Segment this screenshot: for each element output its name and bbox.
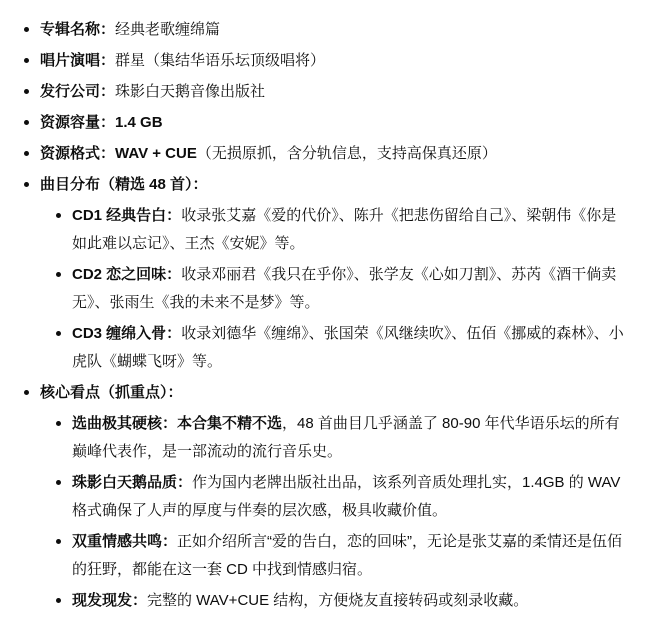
item-label: 曲目分布（精选 48 首）： — [40, 176, 208, 193]
bullet-icon — [24, 27, 29, 32]
list-item-size: 资源容量：1.4 GB — [40, 109, 631, 137]
bullet-icon — [24, 151, 29, 156]
item-label: 资源格式： — [40, 145, 115, 162]
item-label: 专辑名称： — [40, 21, 115, 38]
bullet-icon — [56, 480, 61, 485]
list-item-resonance: 双重情感共鸣：正如介绍所言“爱的告白，恋的回味”，无论是张艾嘉的柔情还是伍佰的狂… — [72, 528, 631, 584]
bullet-icon — [56, 598, 61, 603]
album-description-document: 专辑名称：经典老歌缠绵篇 唱片演唱：群星（集结华语乐坛顶级唱将） 发行公司：珠影… — [0, 0, 665, 615]
item-text: 完整的 WAV+CUE 结构，方便烧友直接转码或刻录收藏。 — [147, 592, 528, 609]
bullet-icon — [56, 421, 61, 426]
item-label: CD3 缠绵入骨： — [72, 325, 181, 342]
bullet-icon — [56, 539, 61, 544]
list-item-availability: 现发现发：完整的 WAV+CUE 结构，方便烧友直接转码或刻录收藏。 — [72, 587, 631, 615]
item-value: WAV + CUE — [115, 145, 197, 162]
list-item-highlights: 核心看点（抓重点）： 选曲极其硬核：本合集不精不选，48 首曲目几乎涵盖了 80… — [40, 379, 631, 615]
list-item-cd1: CD1 经典告白：收录张艾嘉《爱的代价》、陈升《把悲伤留给自己》、梁朝伟《你是如… — [72, 202, 631, 258]
list-item-selection: 选曲极其硬核：本合集不精不选，48 首曲目几乎涵盖了 80-90 年代华语乐坛的… — [72, 410, 631, 466]
bullet-icon — [56, 213, 61, 218]
list-item-cd3: CD3 缠绵入骨：收录刘德华《缠绵》、张国荣《风继续吹》、伍佰《挪威的森林》、小… — [72, 320, 631, 376]
list-item-quality: 珠影白天鹅品质：作为国内老牌出版社出品，该系列音质处理扎实，1.4GB 的 WA… — [72, 469, 631, 525]
item-label: 核心看点（抓重点）： — [40, 384, 183, 401]
bullet-icon — [24, 390, 29, 395]
item-text: 经典老歌缠绵篇 — [115, 21, 220, 38]
list-item-cd2: CD2 恋之回味：收录邓丽君《我只在乎你》、张学友《心如刀割》、苏芮《酒干倘卖无… — [72, 261, 631, 317]
bullet-icon — [24, 89, 29, 94]
item-label: 资源容量： — [40, 114, 115, 131]
list-item-performer: 唱片演唱：群星（集结华语乐坛顶级唱将） — [40, 47, 631, 75]
item-value: 1.4 GB — [115, 114, 163, 131]
bullet-icon — [24, 182, 29, 187]
item-label: 珠影白天鹅品质： — [72, 474, 192, 491]
list-item-album-name: 专辑名称：经典老歌缠绵篇 — [40, 16, 631, 44]
list-item-publisher: 发行公司：珠影白天鹅音像出版社 — [40, 78, 631, 106]
item-text: 群星（集结华语乐坛顶级唱将） — [115, 52, 325, 69]
item-label: 发行公司： — [40, 83, 115, 100]
bullet-icon — [56, 272, 61, 277]
item-label: 选曲极其硬核： — [72, 415, 177, 432]
tracklist-sublist: CD1 经典告白：收录张艾嘉《爱的代价》、陈升《把悲伤留给自己》、梁朝伟《你是如… — [40, 202, 631, 376]
item-label: 唱片演唱： — [40, 52, 115, 69]
bullet-icon — [56, 331, 61, 336]
item-emphasis: 本合集不精不选 — [177, 415, 282, 432]
item-label: 双重情感共鸣： — [72, 533, 177, 550]
list-item-format: 资源格式：WAV + CUE（无损原抓，含分轨信息，支持高保真还原） — [40, 140, 631, 168]
highlights-sublist: 选曲极其硬核：本合集不精不选，48 首曲目几乎涵盖了 80-90 年代华语乐坛的… — [40, 410, 631, 615]
list-item-tracklist: 曲目分布（精选 48 首）： CD1 经典告白：收录张艾嘉《爱的代价》、陈升《把… — [40, 171, 631, 376]
top-level-list: 专辑名称：经典老歌缠绵篇 唱片演唱：群星（集结华语乐坛顶级唱将） 发行公司：珠影… — [0, 16, 631, 615]
bullet-icon — [24, 58, 29, 63]
item-label: 现发现发： — [72, 592, 147, 609]
item-label: CD2 恋之回味： — [72, 266, 181, 283]
item-text: 珠影白天鹅音像出版社 — [115, 83, 265, 100]
item-label: CD1 经典告白： — [72, 207, 181, 224]
item-text: （无损原抓，含分轨信息，支持高保真还原） — [197, 145, 497, 162]
bullet-icon — [24, 120, 29, 125]
